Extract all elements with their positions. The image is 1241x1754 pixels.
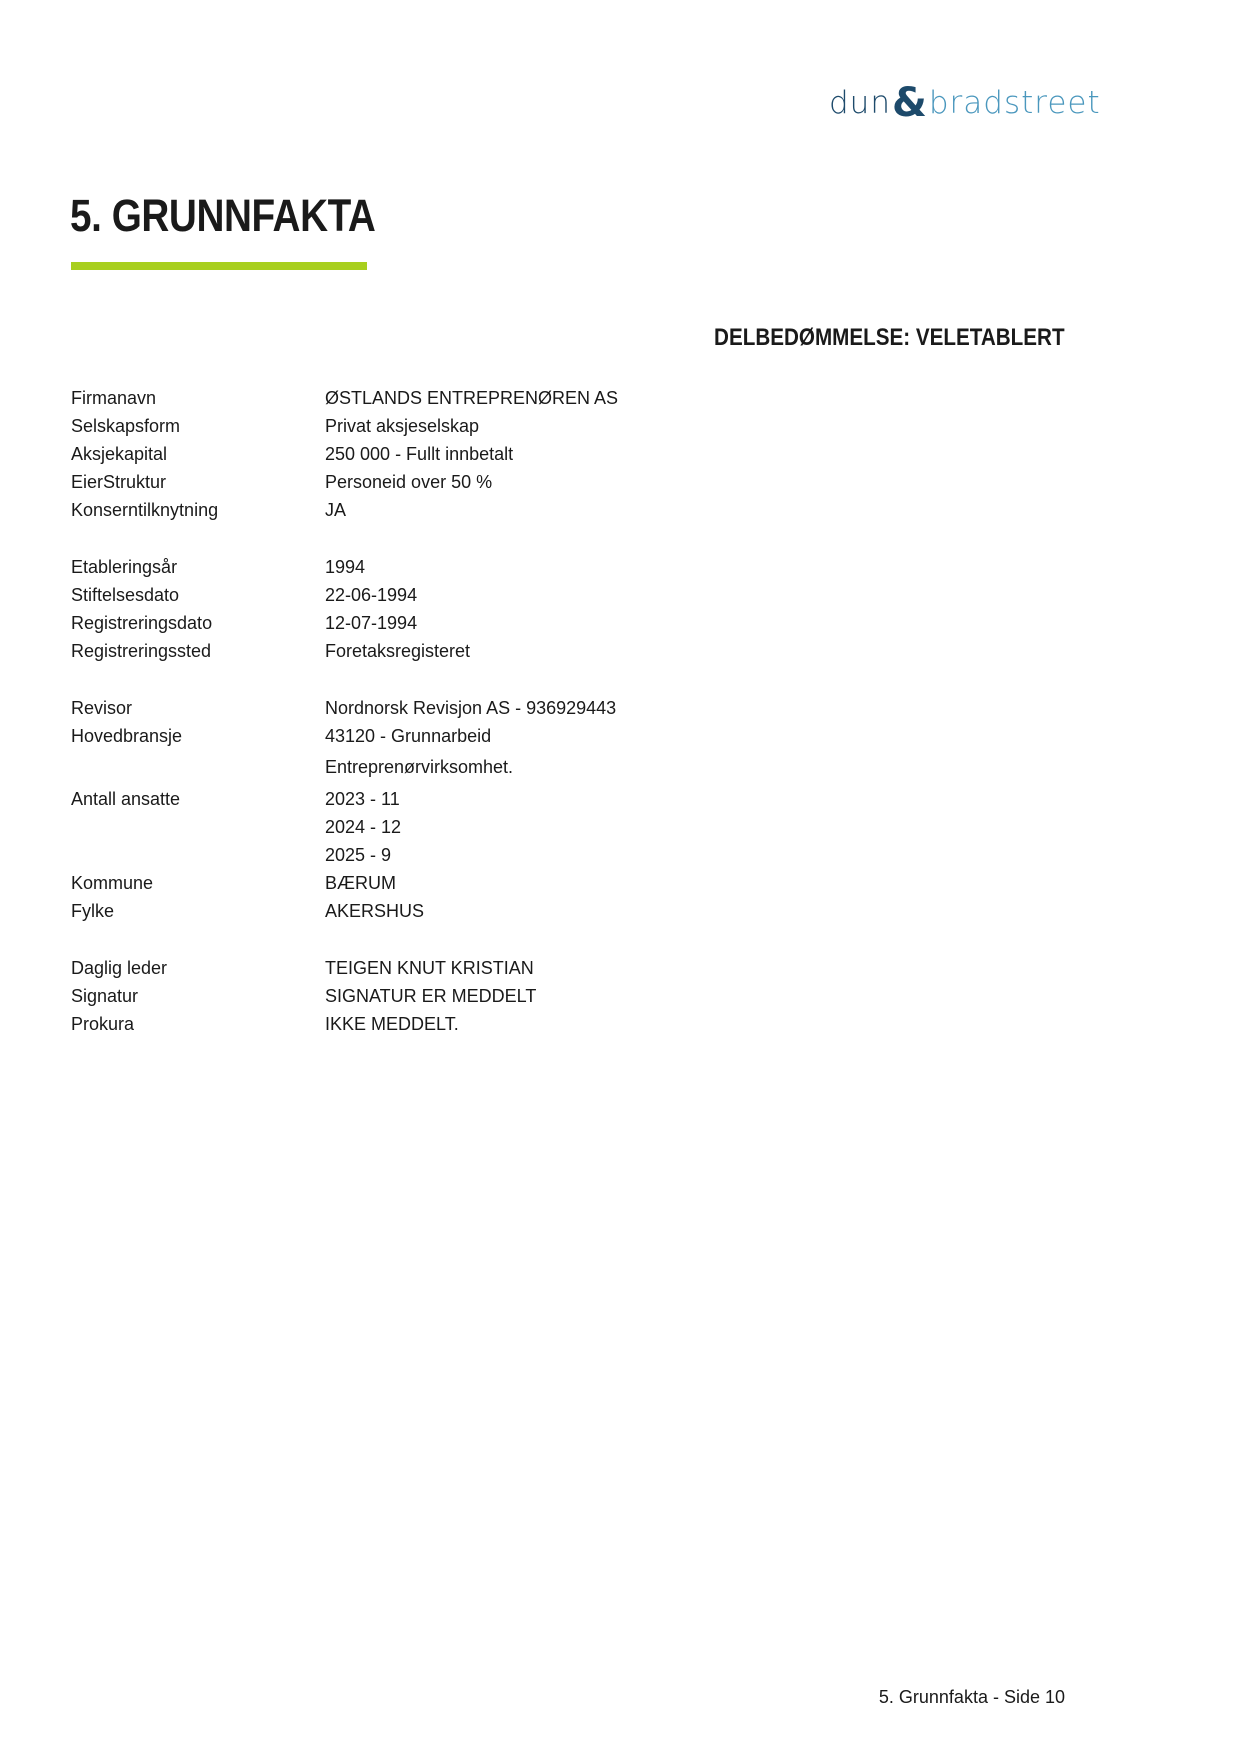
fact-row: SignaturSIGNATUR ER MEDDELT bbox=[71, 982, 771, 1010]
fact-row: 2024 - 12 bbox=[71, 813, 771, 841]
fact-value: 2024 - 12 bbox=[325, 817, 771, 838]
fact-value: BÆRUM bbox=[325, 873, 771, 894]
logo-ampersand-icon: & bbox=[892, 83, 928, 123]
fact-row: Etableringsår1994 bbox=[71, 553, 771, 581]
fact-label: Hovedbransje bbox=[71, 726, 325, 747]
fact-row: KonserntilknytningJA bbox=[71, 496, 771, 524]
fact-value: 2023 - 11 bbox=[325, 789, 771, 810]
fact-value: TEIGEN KNUT KRISTIAN bbox=[325, 958, 771, 979]
fact-label: Etableringsår bbox=[71, 557, 325, 578]
fact-label: Signatur bbox=[71, 986, 325, 1007]
fact-label: Stiftelsesdato bbox=[71, 585, 325, 606]
logo-text-bradstreet: bradstreet bbox=[929, 85, 1101, 121]
fact-label: Antall ansatte bbox=[71, 789, 325, 810]
fact-value: Foretaksregisteret bbox=[325, 641, 771, 662]
fact-row: SelskapsformPrivat aksjeselskap bbox=[71, 412, 771, 440]
page-footer: 5. Grunnfakta - Side 10 bbox=[879, 1687, 1065, 1708]
fact-value: SIGNATUR ER MEDDELT bbox=[325, 986, 771, 1007]
fact-row: EierStrukturPersoneid over 50 % bbox=[71, 468, 771, 496]
fact-label: Kommune bbox=[71, 873, 325, 894]
fact-value: Personeid over 50 % bbox=[325, 472, 771, 493]
fact-value: Nordnorsk Revisjon AS - 936929443 bbox=[325, 698, 771, 719]
fact-value: Entreprenørvirksomhet. bbox=[325, 757, 771, 778]
fact-row: Hovedbransje43120 - Grunnarbeid bbox=[71, 722, 771, 750]
page-title: 5. GRUNNFAKTA bbox=[70, 190, 375, 242]
dun-bradstreet-logo: dun & bradstreet bbox=[829, 80, 1101, 124]
fact-value: 250 000 - Fullt innbetalt bbox=[325, 444, 771, 465]
fact-label: Registreringssted bbox=[71, 641, 325, 662]
title-underline-bar bbox=[71, 262, 367, 270]
fact-label: Firmanavn bbox=[71, 388, 325, 409]
fact-row: Entreprenørvirksomhet. bbox=[71, 750, 771, 785]
fact-label: Revisor bbox=[71, 698, 325, 719]
fact-row: RevisorNordnorsk Revisjon AS - 936929443 bbox=[71, 694, 771, 722]
group-spacer bbox=[71, 925, 771, 954]
fact-label: Konserntilknytning bbox=[71, 500, 325, 521]
fact-row: RegistreringsstedForetaksregisteret bbox=[71, 637, 771, 665]
fact-label: Selskapsform bbox=[71, 416, 325, 437]
fact-value: IKKE MEDDELT. bbox=[325, 1014, 771, 1035]
fact-label: Fylke bbox=[71, 901, 325, 922]
group-spacer bbox=[71, 524, 771, 553]
facts-table: FirmanavnØSTLANDS ENTREPRENØREN ASSelska… bbox=[71, 384, 771, 1038]
fact-row: Antall ansatte2023 - 11 bbox=[71, 785, 771, 813]
fact-value: JA bbox=[325, 500, 771, 521]
fact-row: FirmanavnØSTLANDS ENTREPRENØREN AS bbox=[71, 384, 771, 412]
fact-label: Daglig leder bbox=[71, 958, 325, 979]
group-spacer bbox=[71, 665, 771, 694]
fact-row: 2025 - 9 bbox=[71, 841, 771, 869]
fact-value: Privat aksjeselskap bbox=[325, 416, 771, 437]
fact-label: EierStruktur bbox=[71, 472, 325, 493]
fact-value: 12-07-1994 bbox=[325, 613, 771, 634]
fact-row: Registreringsdato12-07-1994 bbox=[71, 609, 771, 637]
fact-value: 22-06-1994 bbox=[325, 585, 771, 606]
section-heading-rating: DELBEDØMMELSE: VELETABLERT bbox=[714, 324, 1065, 352]
fact-row: ProkuraIKKE MEDDELT. bbox=[71, 1010, 771, 1038]
fact-row: KommuneBÆRUM bbox=[71, 869, 771, 897]
fact-value: 1994 bbox=[325, 557, 771, 578]
fact-label: Aksjekapital bbox=[71, 444, 325, 465]
fact-value: AKERSHUS bbox=[325, 901, 771, 922]
fact-label: Prokura bbox=[71, 1014, 325, 1035]
fact-value: 43120 - Grunnarbeid bbox=[325, 726, 771, 747]
fact-row: Aksjekapital250 000 - Fullt innbetalt bbox=[71, 440, 771, 468]
fact-row: FylkeAKERSHUS bbox=[71, 897, 771, 925]
fact-row: Daglig lederTEIGEN KNUT KRISTIAN bbox=[71, 954, 771, 982]
fact-row: Stiftelsesdato22-06-1994 bbox=[71, 581, 771, 609]
logo-text-dun: dun bbox=[829, 85, 891, 121]
fact-value: ØSTLANDS ENTREPRENØREN AS bbox=[325, 388, 771, 409]
fact-value: 2025 - 9 bbox=[325, 845, 771, 866]
fact-label: Registreringsdato bbox=[71, 613, 325, 634]
